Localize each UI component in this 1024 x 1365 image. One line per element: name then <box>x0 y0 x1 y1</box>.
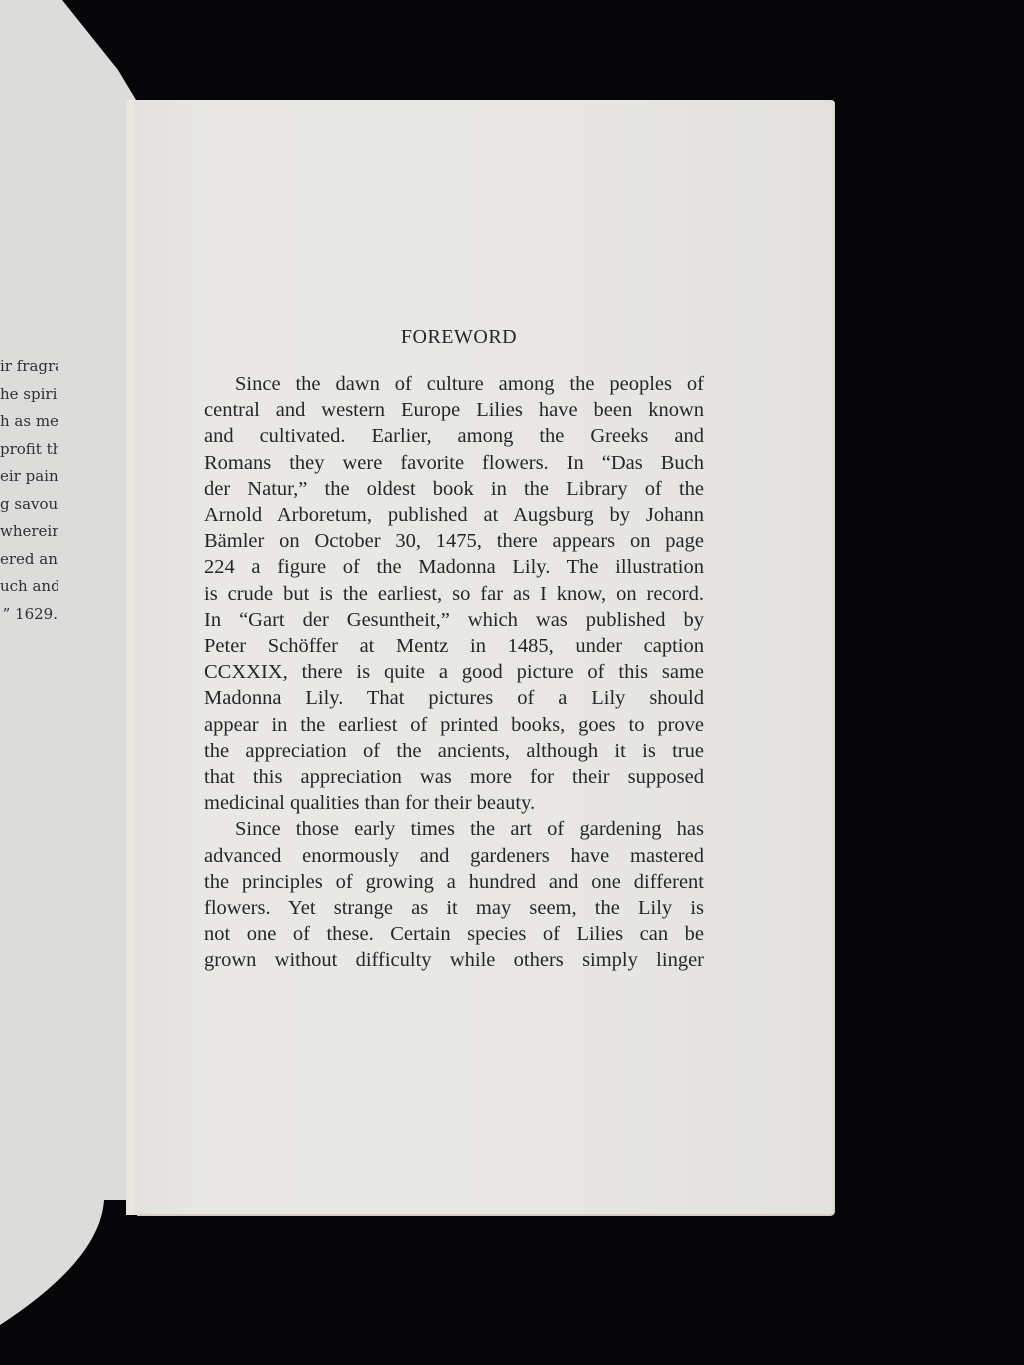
left-line: ered and <box>0 546 58 574</box>
text-line: is crude but is the earliest, so far as … <box>204 581 704 607</box>
left-line: h as men <box>0 408 58 436</box>
right-page: FOREWORD Since the dawn of culture among… <box>137 100 835 1216</box>
page-content: FOREWORD Since the dawn of culture among… <box>204 323 704 974</box>
paragraph-2: Since those early times the art of garde… <box>204 816 704 973</box>
text-line: appear in the earliest of printed books,… <box>204 712 704 738</box>
left-line: eir paines <box>0 463 58 491</box>
text-line: advanced enormously and gardeners have m… <box>204 843 704 869</box>
left-page-text: ir fragrant he spirits, h as men profit … <box>0 353 58 628</box>
paragraph-1: Since the dawn of culture among the peop… <box>204 371 704 816</box>
text-line: CCXXIX, there is quite a good picture of… <box>204 659 704 685</box>
left-line: ” 1629. <box>0 601 58 629</box>
text-line: 224 a figure of the Madonna Lily. The il… <box>204 554 704 580</box>
text-line: Bämler on October 30, 1475, there appear… <box>204 528 704 554</box>
text-line: the principles of growing a hundred and … <box>204 869 704 895</box>
left-line: he spirits, <box>0 381 58 409</box>
text-line: that this appreciation was more for thei… <box>204 764 704 790</box>
left-line: g savour <box>0 491 58 519</box>
text-line: Romans they were favorite flowers. In “D… <box>204 450 704 476</box>
left-page-edge-shape <box>0 0 140 1365</box>
text-line: central and western Europe Lilies have b… <box>204 397 704 423</box>
text-line: medicinal qualities than for their beaut… <box>204 790 704 816</box>
left-line: profit the <box>0 436 58 464</box>
page-heading: FOREWORD <box>204 323 704 351</box>
text-line: In “Gart der Gesuntheit,” which was publ… <box>204 607 704 633</box>
left-page: ir fragrant he spirits, h as men profit … <box>0 0 140 1365</box>
book-photo: ir fragrant he spirits, h as men profit … <box>0 0 1024 1365</box>
text-line: flowers. Yet strange as it may seem, the… <box>204 895 704 921</box>
text-line: grown without difficulty while others si… <box>204 947 704 973</box>
text-line: and cultivated. Earlier, among the Greek… <box>204 423 704 449</box>
left-line: ir fragrant <box>0 353 58 381</box>
text-line: der Natur,” the oldest book in the Libra… <box>204 476 704 502</box>
text-line: the appreciation of the ancients, althou… <box>204 738 704 764</box>
text-line: Madonna Lily. That pictures of a Lily sh… <box>204 685 704 711</box>
text-line: Peter Schöffer at Mentz in 1485, under c… <box>204 633 704 659</box>
text-line: not one of these. Certain species of Lil… <box>204 921 704 947</box>
left-line: uch and <box>0 573 58 601</box>
left-line: wherein <box>0 518 58 546</box>
text-line: Since those early times the art of garde… <box>204 816 704 842</box>
text-line: Since the dawn of culture among the peop… <box>204 371 704 397</box>
text-line: Arnold Arboretum, published at Augsburg … <box>204 502 704 528</box>
